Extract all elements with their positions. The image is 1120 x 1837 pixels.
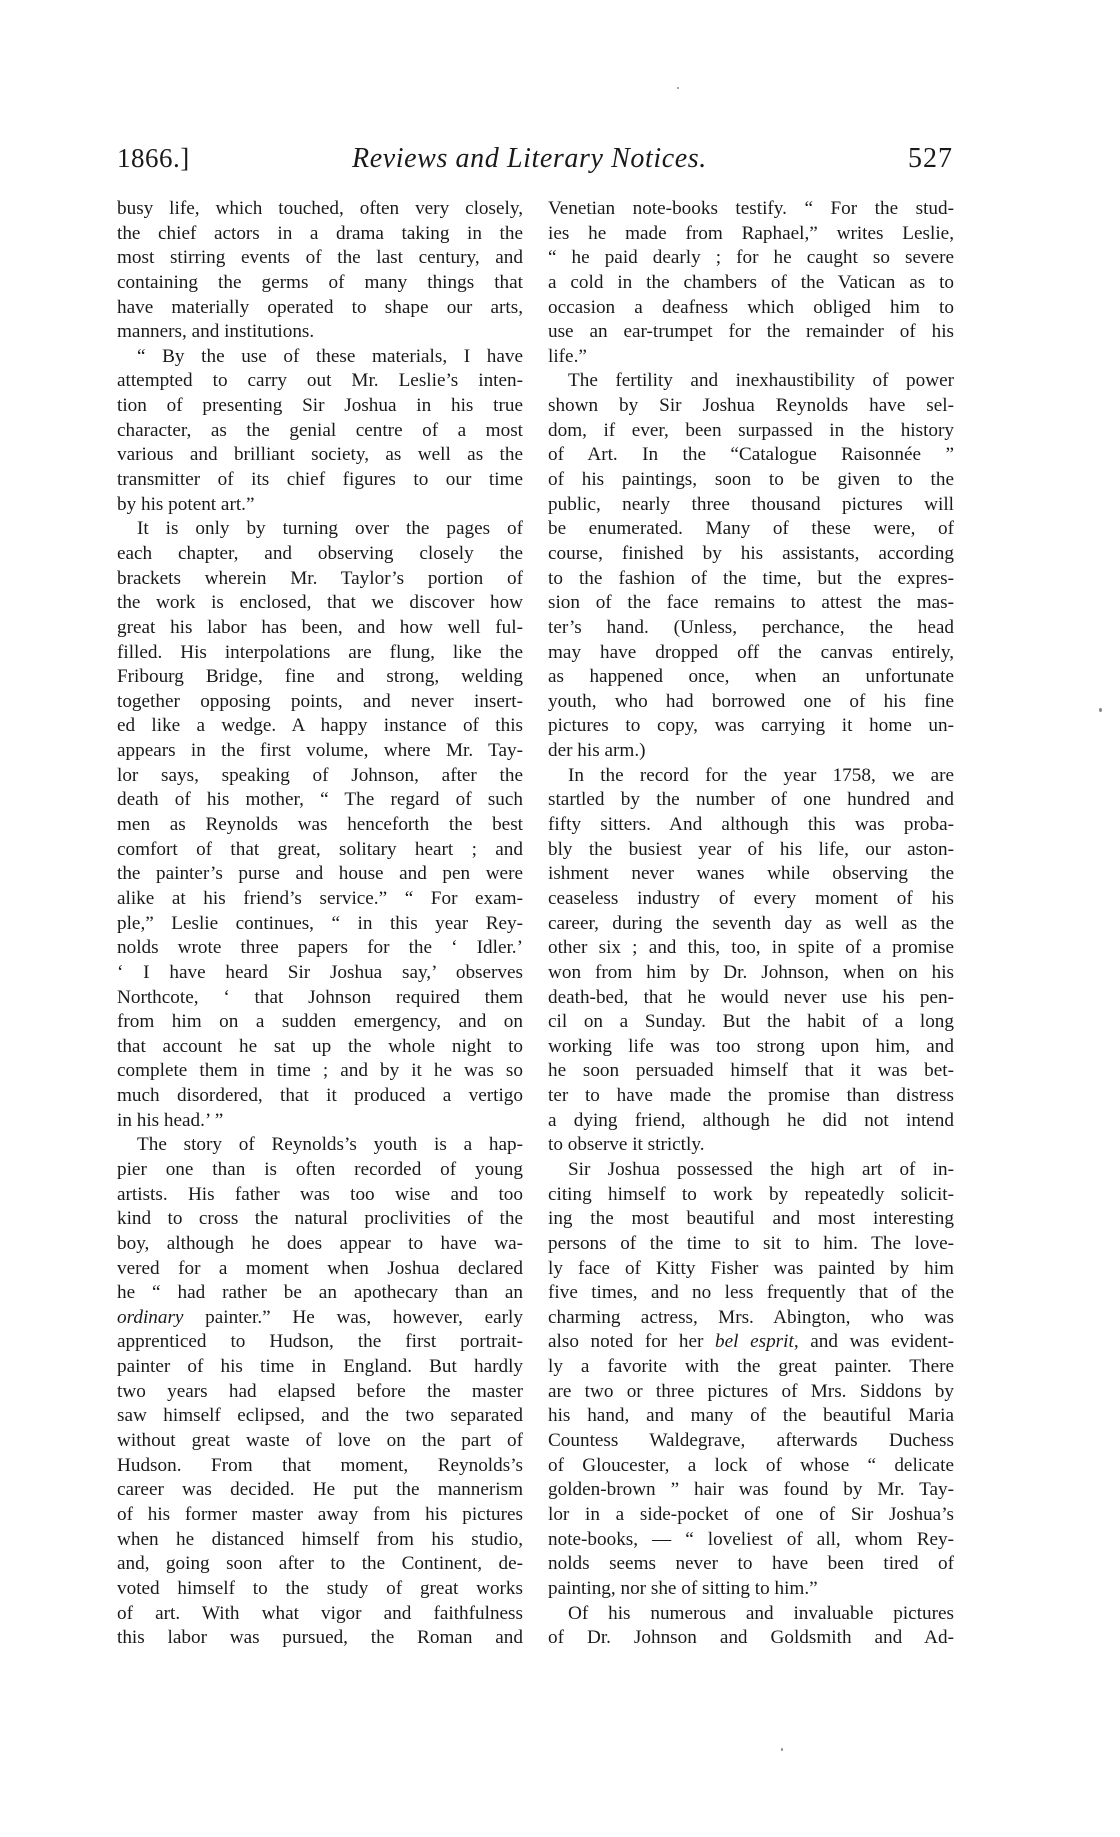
- text-line: nolds seems never to have been tired of: [548, 1552, 954, 1577]
- text-line: of his former master away from his pictu…: [117, 1503, 523, 1528]
- text-line: Fribourg Bridge, fine and strong, weldin…: [117, 665, 523, 690]
- left-column: busy life, which touched, often very clo…: [117, 197, 523, 1651]
- text-line: occasion a deafness which obliged him to: [548, 296, 954, 321]
- text-line: ter’s hand. (Unless, perchance, the head: [548, 616, 954, 641]
- text-line: youth, who had borrowed one of his fine: [548, 690, 954, 715]
- text-line: ishment never wanes while observing the: [548, 862, 954, 887]
- text-line: Sir Joshua possessed the high art of in-: [548, 1158, 954, 1183]
- text-line: the work is enclosed, that we discover h…: [117, 591, 523, 616]
- text-line: manners, and institutions.: [117, 320, 523, 345]
- text-line: by his potent art.”: [117, 493, 523, 518]
- text-line: attempted to carry out Mr. Leslie’s inte…: [117, 369, 523, 394]
- text-line: ing the most beautiful and most interest…: [548, 1207, 954, 1232]
- scan-speck: [781, 1748, 783, 1751]
- text-line: two years had elapsed before the master: [117, 1380, 523, 1405]
- header-title: Reviews and Literary Notices.: [352, 143, 707, 175]
- text-line: ies he made from Raphael,” writes Leslie…: [548, 222, 954, 247]
- text-line: various and brilliant society, as well a…: [117, 443, 523, 468]
- text-line: brackets wherein Mr. Taylor’s portion of: [117, 567, 523, 592]
- text-line: complete them in time ; and by it he was…: [117, 1059, 523, 1084]
- text-line: bly the busiest year of his life, our as…: [548, 838, 954, 863]
- text-line: may have dropped off the canvas entirely…: [548, 641, 954, 666]
- text-line: comfort of that great, solitary heart ; …: [117, 838, 523, 863]
- text-line: painter of his time in England. But hard…: [117, 1355, 523, 1380]
- text-line: Hudson. From that moment, Reynolds’s: [117, 1454, 523, 1479]
- text-line: busy life, which touched, often very clo…: [117, 197, 523, 222]
- text-line: career, during the seventh day as well a…: [548, 912, 954, 937]
- text-line: when he distanced himself from his studi…: [117, 1528, 523, 1553]
- text-line: public, nearly three thousand pictures w…: [548, 493, 954, 518]
- text-line: apprenticed to Hudson, the first portrai…: [117, 1330, 523, 1355]
- text-line: also noted for her bel esprit, and was e…: [548, 1330, 954, 1355]
- text-line: filled. His interpolations are flung, li…: [117, 641, 523, 666]
- text-line: shown by Sir Joshua Reynolds have sel-: [548, 394, 954, 419]
- text-line: a dying friend, although he did not inte…: [548, 1109, 954, 1134]
- text-line: pictures to copy, was carrying it home u…: [548, 714, 954, 739]
- text-line: charming actress, Mrs. Abington, who was: [548, 1306, 954, 1331]
- text-line: artists. His father was too wise and too: [117, 1183, 523, 1208]
- text-line: ly face of Kitty Fisher was painted by h…: [548, 1257, 954, 1282]
- text-line: won from him by Dr. Johnson, when on his: [548, 961, 954, 986]
- text-line: tion of presenting Sir Joshua in his tru…: [117, 394, 523, 419]
- text-line: other six ; and this, too, in spite of a…: [548, 936, 954, 961]
- text-line: his hand, and many of the beautiful Mari…: [548, 1404, 954, 1429]
- text-line: “ By the use of these materials, I have: [117, 345, 523, 370]
- text-line: lor says, speaking of Johnson, after the: [117, 764, 523, 789]
- text-line: of Gloucester, a lock of whose “ delicat…: [548, 1454, 954, 1479]
- text-line: der his arm.): [548, 739, 954, 764]
- text-line: painting, nor she of sitting to him.”: [548, 1577, 954, 1602]
- text-line: alike at his friend’s service.” “ For ex…: [117, 887, 523, 912]
- text-line: cil on a Sunday. But the habit of a long: [548, 1010, 954, 1035]
- text-line: he soon persuaded himself that it was be…: [548, 1059, 954, 1084]
- text-line: of Art. In the “Catalogue Raisonnée ”: [548, 443, 954, 468]
- text-line: each chapter, and observing closely the: [117, 542, 523, 567]
- text-line: voted himself to the study of great work…: [117, 1577, 523, 1602]
- text-line: working life was too strong upon him, an…: [548, 1035, 954, 1060]
- text-line: note-books, — “ loveliest of all, whom R…: [548, 1528, 954, 1553]
- text-line: from him on a sudden emergency, and on: [117, 1010, 523, 1035]
- text-line: he “ had rather be an apothecary than an: [117, 1281, 523, 1306]
- text-line: death-bed, that he would never use his p…: [548, 986, 954, 1011]
- text-line: appears in the first volume, where Mr. T…: [117, 739, 523, 764]
- text-line: in his head.’ ”: [117, 1109, 523, 1134]
- text-line: character, as the genial centre of a mos…: [117, 419, 523, 444]
- text-line: ‘ I have heard Sir Joshua say,’ observes: [117, 961, 523, 986]
- text-line: to the fashion of the time, but the expr…: [548, 567, 954, 592]
- text-line: “ he paid dearly ; for he caught so seve…: [548, 246, 954, 271]
- text-line: that account he sat up the whole night t…: [117, 1035, 523, 1060]
- text-line: most stirring events of the last century…: [117, 246, 523, 271]
- page-number: 527: [908, 143, 953, 175]
- text-line: Venetian note-books testify. “ For the s…: [548, 197, 954, 222]
- text-line: boy, although he does appear to have wa-: [117, 1232, 523, 1257]
- text-line: great his labor has been, and how well f…: [117, 616, 523, 641]
- text-line: together opposing points, and never inse…: [117, 690, 523, 715]
- text-line: In the record for the year 1758, we are: [548, 764, 954, 789]
- text-line: pier one than is often recorded of young: [117, 1158, 523, 1183]
- text-line: as happened once, when an unfortunate: [548, 665, 954, 690]
- scan-speck: [677, 87, 679, 89]
- text-line: lor in a side-pocket of one of Sir Joshu…: [548, 1503, 954, 1528]
- text-line: the chief actors in a drama taking in th…: [117, 222, 523, 247]
- text-line: without great waste of love on the part …: [117, 1429, 523, 1454]
- text-line: use an ear-trumpet for the remainder of …: [548, 320, 954, 345]
- text-line: have materially operated to shape our ar…: [117, 296, 523, 321]
- text-line: nolds wrote three papers for the ‘ Idler…: [117, 936, 523, 961]
- text-line: Northcote, ‘ that Johnson required them: [117, 986, 523, 1011]
- text-line: ceaseless industry of every moment of hi…: [548, 887, 954, 912]
- text-line: death of his mother, “ The regard of suc…: [117, 788, 523, 813]
- text-line: of Dr. Johnson and Goldsmith and Ad-: [548, 1626, 954, 1651]
- right-column: Venetian note-books testify. “ For the s…: [548, 197, 954, 1651]
- header-year: 1866.]: [117, 143, 190, 174]
- text-line: golden-brown ” hair was found by Mr. Tay…: [548, 1478, 954, 1503]
- text-line: this labor was pursued, the Roman and: [117, 1626, 523, 1651]
- text-line: of art. With what vigor and faithfulness: [117, 1602, 523, 1627]
- text-line: fifty sitters. And although this was pro…: [548, 813, 954, 838]
- text-line: transmitter of its chief figures to our …: [117, 468, 523, 493]
- text-line: Countess Waldegrave, afterwards Duchess: [548, 1429, 954, 1454]
- text-line: vered for a moment when Joshua declared: [117, 1257, 523, 1282]
- text-line: kind to cross the natural proclivities o…: [117, 1207, 523, 1232]
- text-line: It is only by turning over the pages of: [117, 517, 523, 542]
- text-line: persons of the time to sit to him. The l…: [548, 1232, 954, 1257]
- text-line: career was decided. He put the mannerism: [117, 1478, 523, 1503]
- text-line: startled by the number of one hundred an…: [548, 788, 954, 813]
- text-line: much disordered, that it produced a vert…: [117, 1084, 523, 1109]
- text-line: and, going soon after to the Continent, …: [117, 1552, 523, 1577]
- text-line: five times, and no less frequently that …: [548, 1281, 954, 1306]
- text-line: dom, if ever, been surpassed in the hist…: [548, 419, 954, 444]
- text-line: men as Reynolds was henceforth the best: [117, 813, 523, 838]
- text-line: saw himself eclipsed, and the two separa…: [117, 1404, 523, 1429]
- text-line: a cold in the chambers of the Vatican as…: [548, 271, 954, 296]
- text-line: the painter’s purse and house and pen we…: [117, 862, 523, 887]
- text-line: Of his numerous and invaluable pictures: [548, 1602, 954, 1627]
- running-header: 1866.] Reviews and Literary Notices. 527: [117, 143, 953, 183]
- text-line: ple,” Leslie continues, “ in this year R…: [117, 912, 523, 937]
- text-line: citing himself to work by repeatedly sol…: [548, 1183, 954, 1208]
- text-line: sion of the face remains to attest the m…: [548, 591, 954, 616]
- text-line: The fertility and inexhaustibility of po…: [548, 369, 954, 394]
- text-line: to observe it strictly.: [548, 1133, 954, 1158]
- text-line: be enumerated. Many of these were, of: [548, 517, 954, 542]
- scan-speck: [1099, 708, 1102, 712]
- text-line: ordinary painter.” He was, however, earl…: [117, 1306, 523, 1331]
- text-line: ed like a wedge. A happy instance of thi…: [117, 714, 523, 739]
- text-line: The story of Reynolds’s youth is a hap-: [117, 1133, 523, 1158]
- text-line: ly a favorite with the great painter. Th…: [548, 1355, 954, 1380]
- text-line: course, finished by his assistants, acco…: [548, 542, 954, 567]
- text-line: life.”: [548, 345, 954, 370]
- text-line: ter to have made the promise than distre…: [548, 1084, 954, 1109]
- text-line: are two or three pictures of Mrs. Siddon…: [548, 1380, 954, 1405]
- text-line: of his paintings, soon to be given to th…: [548, 468, 954, 493]
- text-line: containing the germs of many things that: [117, 271, 523, 296]
